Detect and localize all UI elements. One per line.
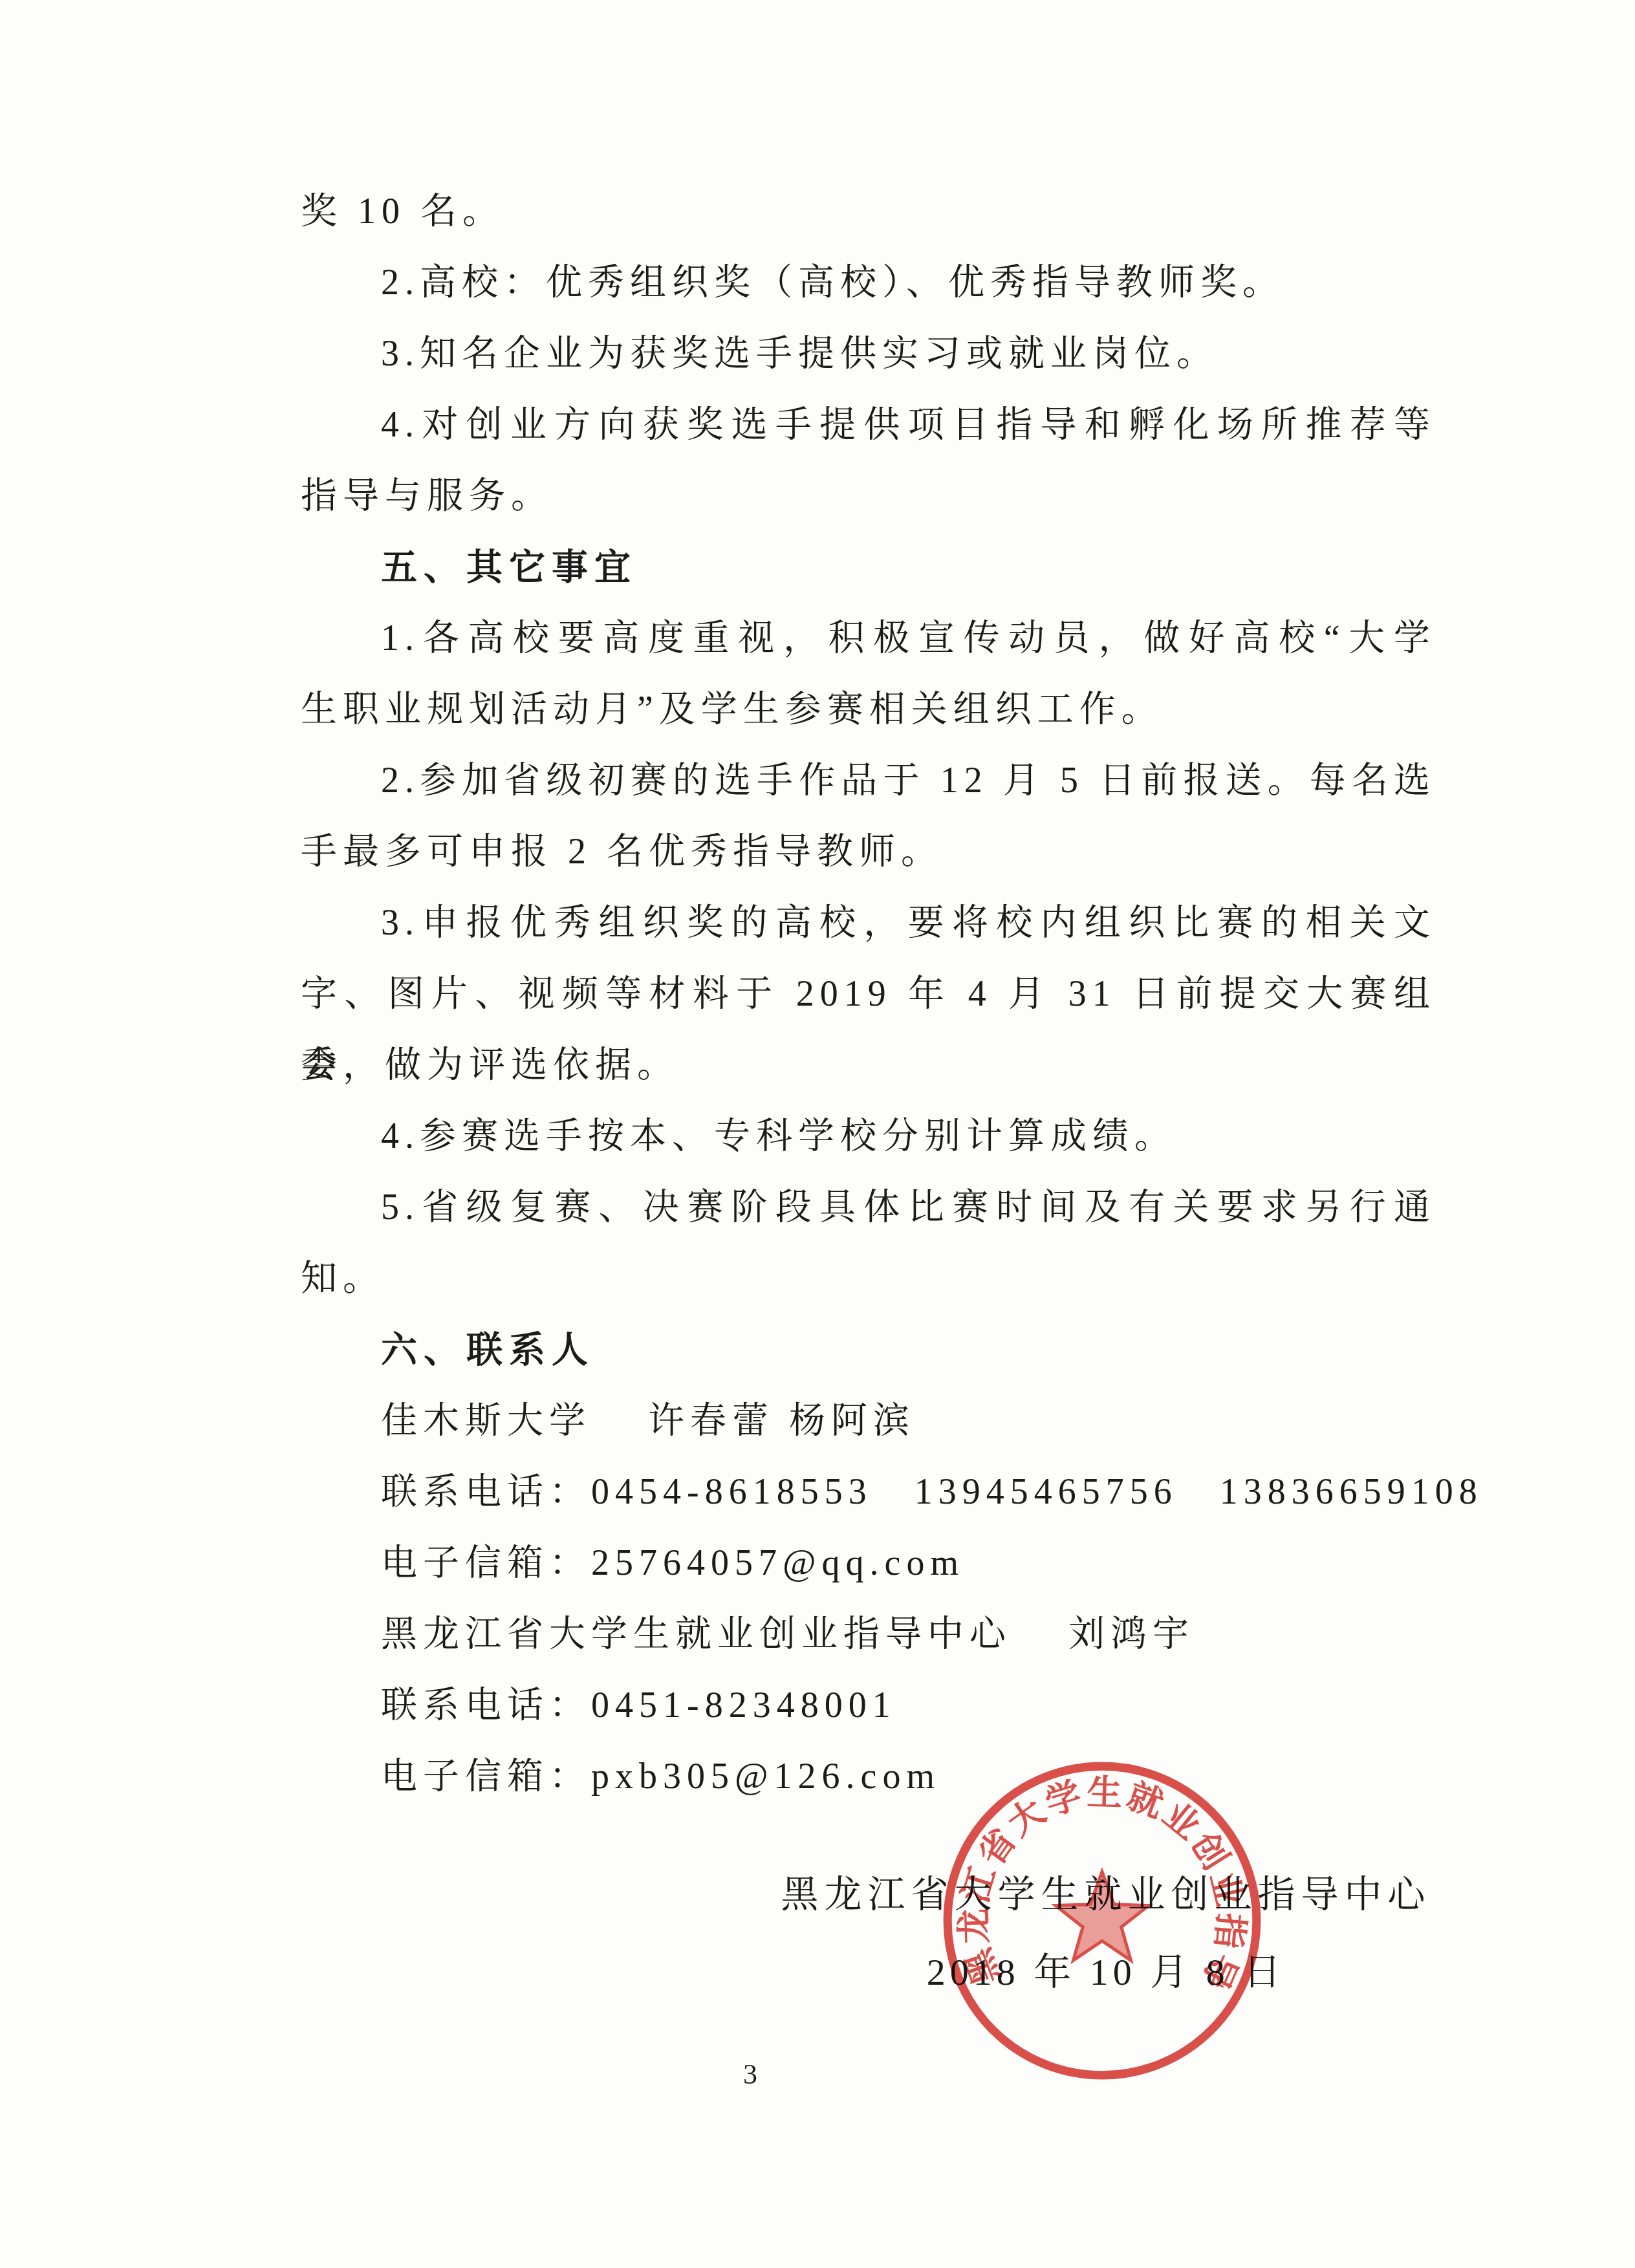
- svg-text:黑龙江省大学生就业创业指导中心: 黑龙江省大学生就业创业指导中心: [939, 1758, 1251, 1998]
- page: 奖 10 名。2.高校：优秀组织奖（高校）、优秀指导教师奖。3.知名企业为获奖选…: [0, 0, 1635, 2268]
- page-number: 3: [0, 2058, 1500, 2091]
- text-line: 4.对创业方向获奖选手提供项目指导和孵化场所推荐等: [301, 389, 1436, 460]
- text-line: 会，做为评选依据。: [301, 1030, 1436, 1101]
- text-line: 1.各高校要高度重视，积极宣传动员，做好高校“大学: [301, 603, 1436, 674]
- text-line: 佳木斯大学 许春蕾 杨阿滨: [301, 1385, 1436, 1456]
- text-line: 知。: [301, 1243, 1436, 1314]
- text-line: 4.参赛选手按本、专科学校分别计算成绩。: [301, 1101, 1436, 1172]
- document-body: 奖 10 名。2.高校：优秀组织奖（高校）、优秀指导教师奖。3.知名企业为获奖选…: [301, 176, 1436, 1812]
- text-line: 电子信箱：25764057@qq.com: [301, 1528, 1436, 1599]
- text-line: 2.高校：优秀组织奖（高校）、优秀指导教师奖。: [301, 247, 1436, 318]
- text-line: 联系电话：0451-82348001: [301, 1670, 1436, 1741]
- text-line: 联系电话：0454-8618553 13945465756 1383665910…: [301, 1456, 1436, 1528]
- official-seal: 黑龙江省大学生就业创业指导中心: [939, 1758, 1265, 2084]
- text-line: 字、图片、视频等材料于 2019 年 4 月 31 日前提交大赛组委: [301, 958, 1436, 1030]
- text-line: 5.省级复赛、决赛阶段具体比赛时间及有关要求另行通: [301, 1172, 1436, 1243]
- text-line: 指导与服务。: [301, 460, 1436, 532]
- text-line: 2.参加省级初赛的选手作品于 12 月 5 日前报送。每名选: [301, 745, 1436, 816]
- text-line: 生职业规划活动月”及学生参赛相关组织工作。: [301, 674, 1436, 745]
- text-line: 五、其它事宜: [301, 532, 1436, 603]
- text-line: 奖 10 名。: [301, 176, 1436, 247]
- text-line: 六、联系人: [301, 1314, 1436, 1385]
- text-line: 3.申报优秀组织奖的高校，要将校内组织比赛的相关文: [301, 887, 1436, 958]
- text-line: 黑龙江省大学生就业创业指导中心 刘鸿宇: [301, 1599, 1436, 1670]
- text-line: 手最多可申报 2 名优秀指导教师。: [301, 816, 1436, 887]
- text-line: 3.知名企业为获奖选手提供实习或就业岗位。: [301, 318, 1436, 389]
- seal-ring-text: 黑龙江省大学生就业创业指导中心: [939, 1758, 1251, 1998]
- seal-star-icon: [1056, 1872, 1149, 1960]
- text-line: 电子信箱：pxb305@126.com: [301, 1741, 1436, 1812]
